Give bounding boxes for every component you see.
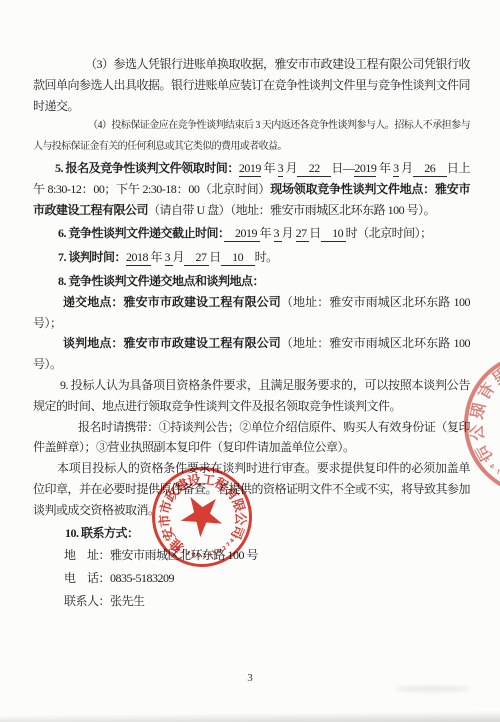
page-number: 3 xyxy=(0,672,500,684)
text-run: 月 xyxy=(283,161,297,175)
paragraph: 地 址：雅安市雨城区北环东路 100 号 xyxy=(33,545,470,566)
seal-code-digit: 7 xyxy=(494,469,500,477)
text-run: 27 xyxy=(296,226,310,242)
seal-company-char: 司 xyxy=(474,441,496,463)
text-run: 日 xyxy=(309,226,321,240)
paragraph: 10. 联系方式： xyxy=(33,523,470,544)
text-run: 年 xyxy=(376,161,393,175)
text-run: 本项目投标人的资格条件要求在谈判时进行审查。要求提供复印件的必须加盖单位印章，并… xyxy=(33,461,470,517)
text-run: 地 址：雅安市雨城区北环东路 100 号 xyxy=(64,548,258,562)
scan-edge-artifact xyxy=(0,711,500,722)
paragraph: 7. 谈判时间：2018 年 3 月 27 日 10 时。 xyxy=(33,247,470,268)
seal-company-char: 程 xyxy=(491,366,500,388)
text-run: 26 xyxy=(413,161,447,177)
paragraph: 电 话：0835-5183209 xyxy=(33,568,470,589)
text-run: 27 xyxy=(184,250,209,266)
seal-company-char: 公 xyxy=(470,423,488,441)
text-run: 2018 xyxy=(126,250,151,266)
text-run: 22 xyxy=(297,161,331,177)
text-run: 2019 xyxy=(239,161,261,177)
text-run: （请自带 U 盘）（地址：雅安市雨城区北环东路 100 号）。 xyxy=(148,203,435,217)
text-run: 8. 竞争性谈判文件递交地点和谈判地点： xyxy=(58,274,264,288)
text-run: 6. 竞争性谈判文件递交截止时间： xyxy=(58,226,224,240)
document-body: （3）参选人凭银行进账单换取收据，雅安市市政建设工程有限公司凭银行收款回单向参选… xyxy=(33,54,470,612)
text-run: 9. 投标人认为具备项目资格条件要求，且满足服务要求的，可以按照本谈判公告规定的… xyxy=(33,378,470,413)
text-run: 月 xyxy=(173,250,185,264)
text-run: 2019 xyxy=(354,161,376,177)
seal-company-char: 限 xyxy=(470,402,489,421)
text-run: 日 xyxy=(209,250,221,264)
scanned-document-page: （3）参选人凭银行进账单换取收据，雅安市市政建设工程有限公司凭银行收款回单向参选… xyxy=(0,0,500,722)
text-run: 递交地点：雅安市市政建设工程有限公司 xyxy=(63,295,281,309)
text-run: 3 xyxy=(165,250,173,266)
text-run: 10 xyxy=(221,250,255,266)
text-run: 10 xyxy=(321,226,346,242)
paragraph: 本项目投标人的资格条件要求在谈判时进行审查。要求提供复印件的必须加盖单位印章，并… xyxy=(33,458,470,520)
seal-code-digit: 4 xyxy=(487,463,495,471)
text-run: （3）参选人凭银行进账单换取收据，雅安市市政建设工程有限公司凭银行收款回单向参选… xyxy=(33,57,470,113)
paragraph: 递交地点：雅安市市政建设工程有限公司（地址：雅安市雨城区北环东路 100 号）； xyxy=(33,292,470,334)
paragraph: 联系人：张先生 xyxy=(33,591,470,612)
text-run: 10. 联系方式： xyxy=(65,526,139,540)
paragraph: （3）参选人凭银行进账单换取收据，雅安市市政建设工程有限公司凭银行收款回单向参选… xyxy=(33,54,470,116)
paragraph: 5. 报名及竞争性谈判文件领取时间：2019 年 3 月 22 日—2019 年… xyxy=(33,158,470,220)
text-run: 2019 xyxy=(224,226,260,242)
text-run: 7. 谈判时间： xyxy=(58,250,126,264)
text-run: （4）投标保证金应在竞争性谈判结束后 3 天内返还各竞争性谈判参与人。招标人不承… xyxy=(33,120,470,152)
text-run: 月 xyxy=(282,226,296,240)
text-run: 报名时请携带：①持谈判公告；②单位介绍信原件、购买人有效身份证（复印件盖鲜章）；… xyxy=(33,420,470,455)
seal-code-digit: 2 xyxy=(482,456,490,464)
text-run: 日— xyxy=(331,161,354,175)
paragraph: 报名时请携带：①持谈判公告；②单位介绍信原件、购买人有效身份证（复印件盖鲜章）；… xyxy=(33,417,470,459)
scan-smudge-artifact xyxy=(395,686,470,692)
text-run: 年 xyxy=(261,161,278,175)
paragraph: 9. 投标人认为具备项目资格条件要求，且满足服务要求的，可以按照本谈判公告规定的… xyxy=(33,375,470,417)
text-run: 3 xyxy=(274,226,282,242)
text-run: 谈判地点：雅安市市政建设工程有限公司 xyxy=(63,336,281,350)
text-run: 时。 xyxy=(255,250,278,264)
paragraph: （4）投标保证金应在竞争性谈判结束后 3 天内返还各竞争性谈判参与人。招标人不承… xyxy=(33,116,470,158)
text-run: 月 xyxy=(399,161,413,175)
text-run: 5. 报名及竞争性谈判文件领取时间： xyxy=(55,161,239,175)
paragraph: 谈判地点：雅安市市政建设工程有限公司（地址：雅安市雨城区北环东路 100 号）。 xyxy=(33,333,470,375)
seal-company-char: 有 xyxy=(477,381,499,403)
text-run: 年 xyxy=(151,250,165,264)
paragraph: 8. 竞争性谈判文件递交地点和谈判地点： xyxy=(33,271,470,292)
text-run: 年 xyxy=(260,226,274,240)
text-run: 电 话：0835-5183209 xyxy=(64,571,174,585)
paragraph: 6. 竞争性谈判文件递交截止时间： 2019 年 3 月 27 日 10 时（北… xyxy=(33,223,470,244)
text-run: 时（北京时间）； xyxy=(346,226,432,240)
text-run: 联系人：张先生 xyxy=(64,594,145,608)
